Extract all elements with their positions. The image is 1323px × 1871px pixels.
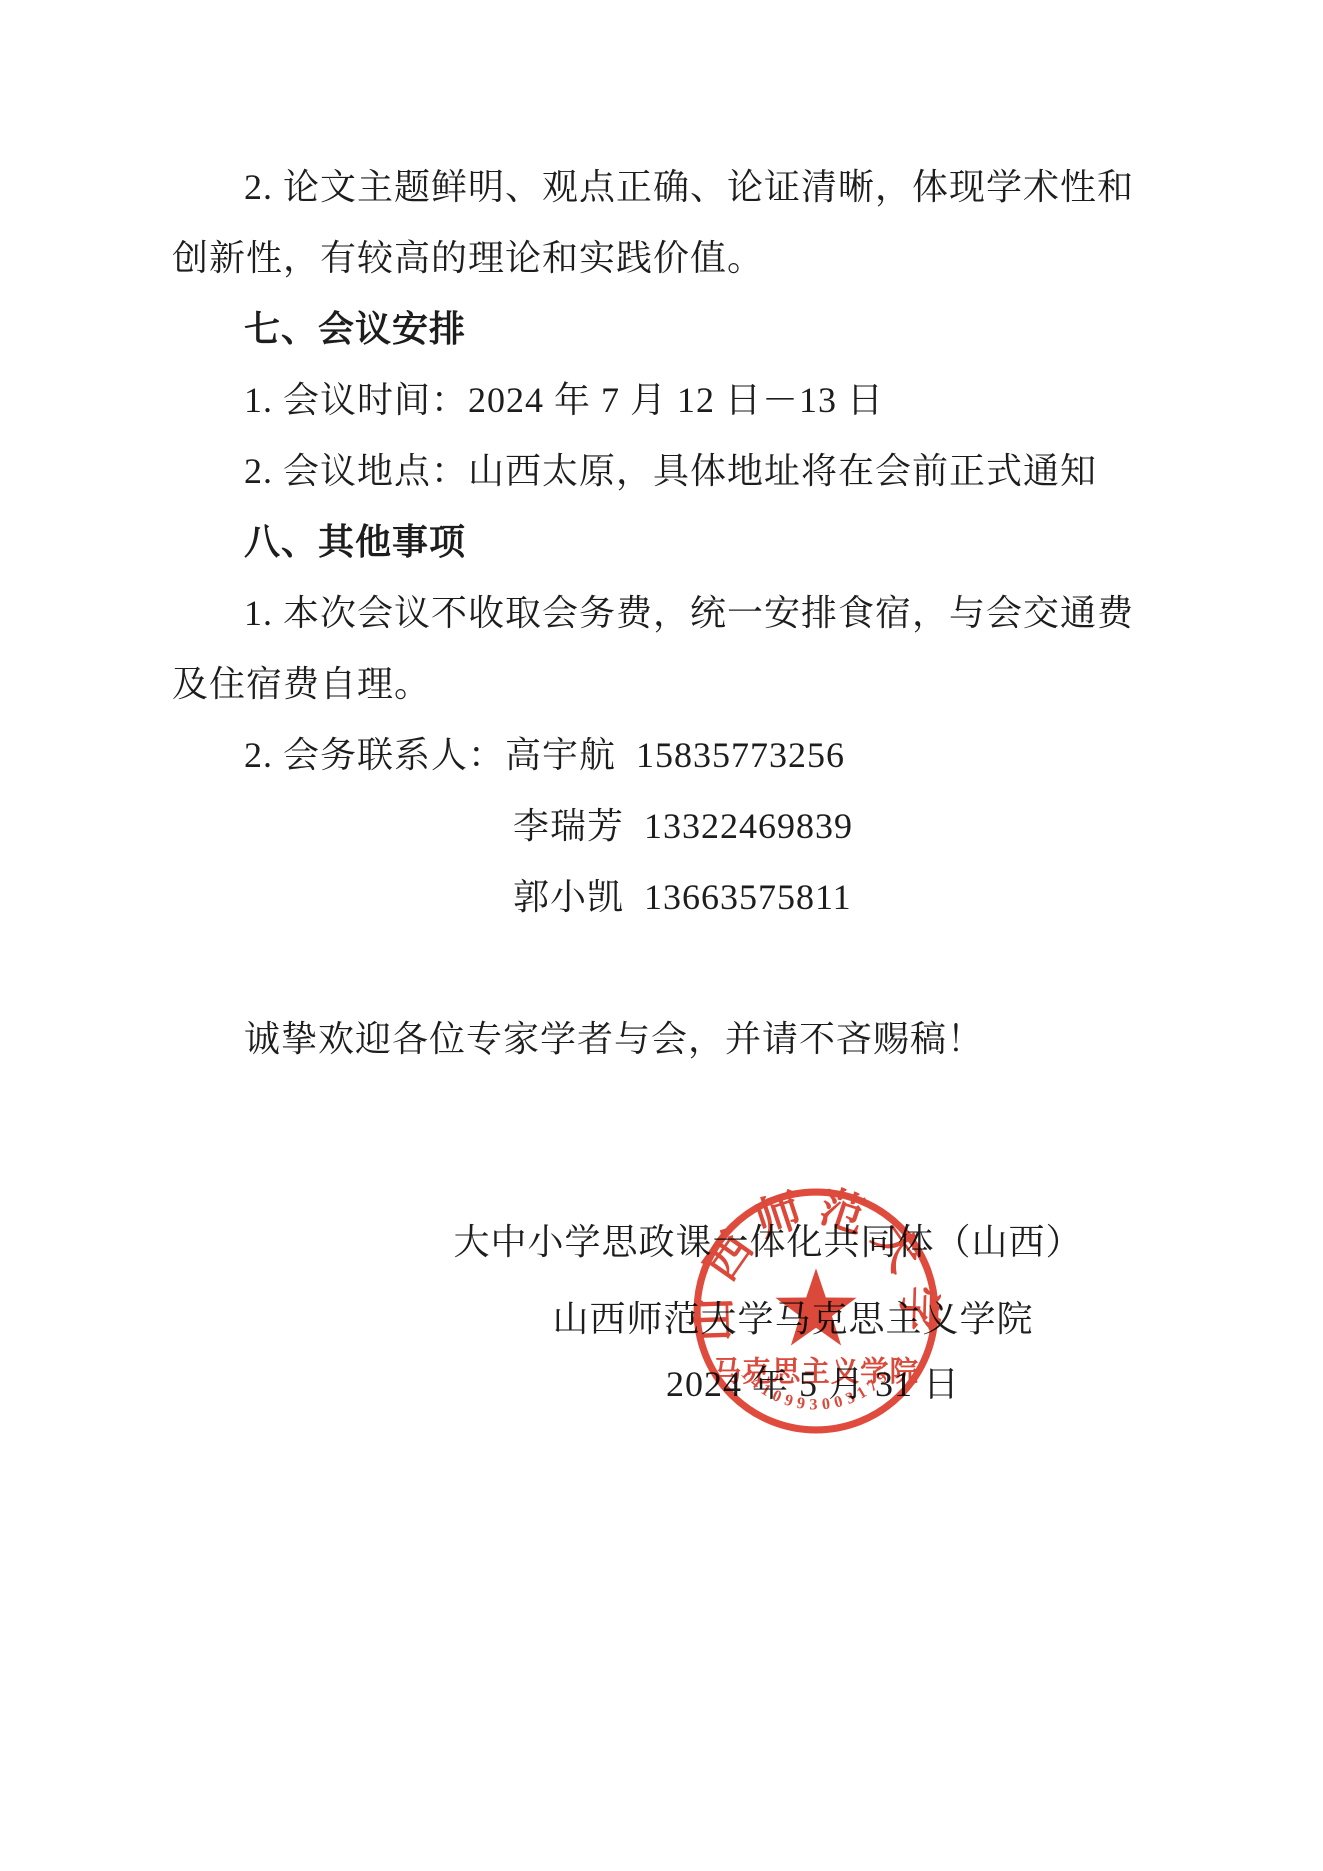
signature-org-line1: 大中小学思政课一体化共同体（山西） xyxy=(453,1214,1082,1265)
text-line: 诚挚欢迎各位专家学者与会，并请不吝赐稿！ xyxy=(172,1004,1182,1075)
text-line: 郭小凯 13663575811 xyxy=(172,862,1182,933)
text-line: 1. 会议时间：2024 年 7 月 12 日－13 日 xyxy=(172,365,1182,436)
document-lines: 2. 论文主题鲜明、观点正确、论证清晰，体现学术性和创新性，有较高的理论和实践价… xyxy=(172,152,1182,1075)
text-line: 1. 本次会议不收取会务费，统一安排食宿，与会交通费 xyxy=(172,578,1182,649)
signature-org-line2: 山西师范大学马克思主义学院 xyxy=(552,1291,1033,1342)
text-line: 2. 论文主题鲜明、观点正确、论证清晰，体现学术性和 xyxy=(172,152,1182,223)
text-line: 及住宿费自理。 xyxy=(172,649,1182,720)
document-page: 2. 论文主题鲜明、观点正确、论证清晰，体现学术性和创新性，有较高的理论和实践价… xyxy=(0,0,1323,1871)
text-line: 2. 会务联系人：高宇航 15835773256 xyxy=(172,720,1182,791)
text-line: 七、会议安排 xyxy=(172,294,1182,365)
blank-line xyxy=(172,933,1182,1004)
text-line: 创新性，有较高的理论和实践价值。 xyxy=(172,223,1182,294)
text-line: 八、其他事项 xyxy=(172,507,1182,578)
text-line: 李瑞芳 13322469839 xyxy=(172,791,1182,862)
text-line: 2. 会议地点：山西太原，具体地址将在会前正式通知 xyxy=(172,436,1182,507)
signature-date: 2024 年 5 月 31 日 xyxy=(666,1356,960,1407)
